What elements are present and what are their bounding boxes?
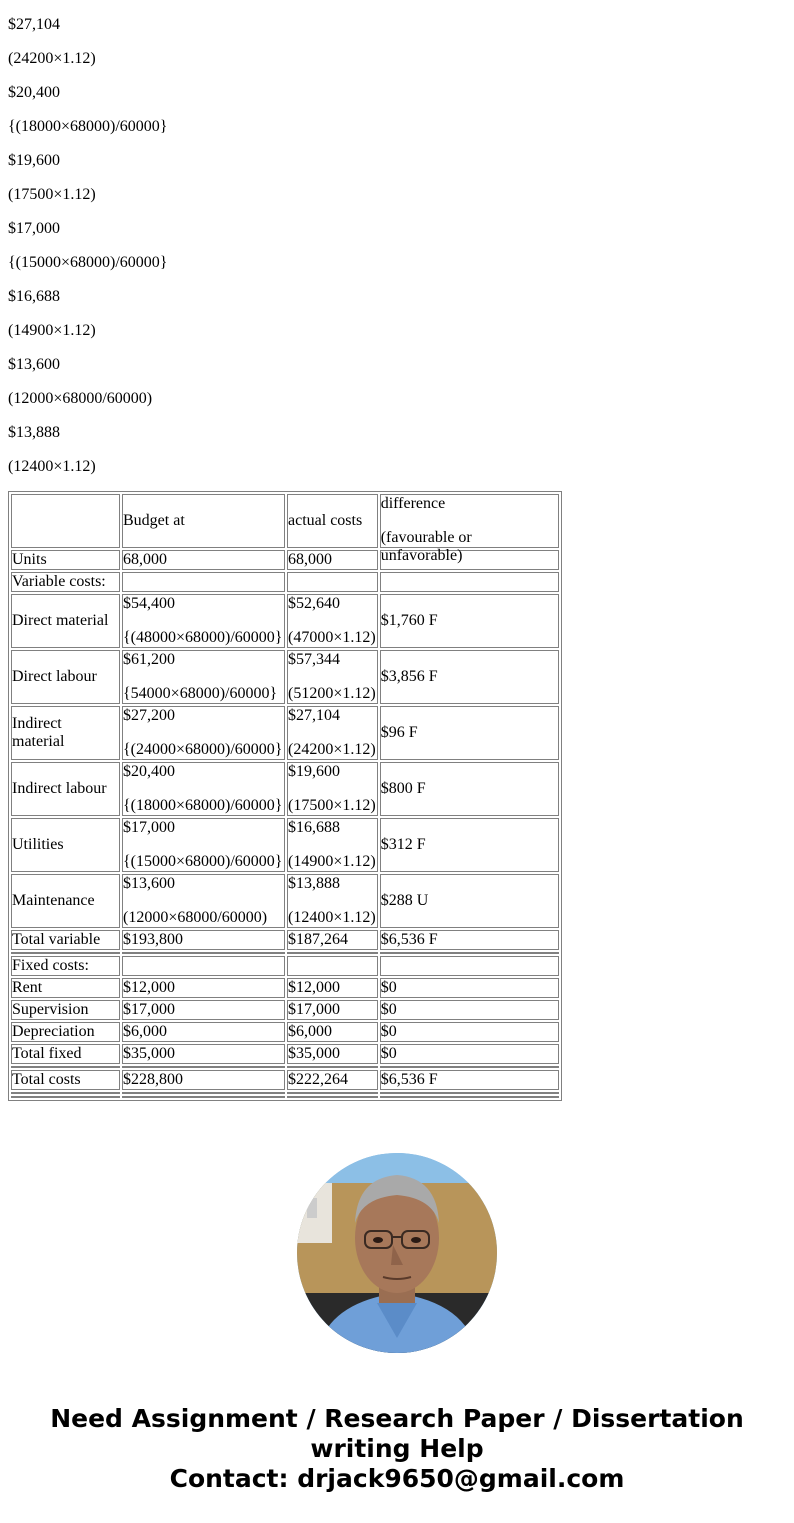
actual-cell: $6,000 <box>287 1022 378 1042</box>
footer-line-1: Need Assignment / Research Paper / Disse… <box>0 1404 794 1434</box>
difference-cell: $6,536 F <box>380 930 559 950</box>
calculation-line: $13,600 <box>8 356 788 374</box>
actual-cell: $35,000 <box>287 1044 378 1064</box>
table-spacer-row <box>11 952 559 954</box>
difference-cell: $0 <box>380 1022 559 1042</box>
promo-footer: Need Assignment / Research Paper / Disse… <box>0 1404 794 1494</box>
difference-cell: $0 <box>380 1000 559 1020</box>
spacer-cell <box>380 1092 559 1094</box>
actual-cell: $19,600(17500×1.12) <box>287 762 378 816</box>
row-label: Direct labour <box>11 650 120 704</box>
budget-cell: $6,000 <box>122 1022 285 1042</box>
difference-cell: $6,536 F <box>380 1070 559 1090</box>
actual-cell: 68,000 <box>287 550 378 570</box>
spacer-cell <box>11 1066 120 1068</box>
calculation-line: (14900×1.12) <box>8 322 788 340</box>
calculation-line: $16,688 <box>8 288 788 306</box>
actual-cell: $57,344(51200×1.12) <box>287 650 378 704</box>
table-spacer-row <box>11 1096 559 1098</box>
budget-cell: $12,000 <box>122 978 285 998</box>
budget-cell <box>122 956 285 976</box>
difference-cell: $96 F <box>380 706 559 760</box>
budget-cell <box>122 572 285 592</box>
calculation-line: $19,600 <box>8 152 788 170</box>
actual-cell: $16,688(14900×1.12) <box>287 818 378 872</box>
document-content: {(24000×68000)/60000}$27,104(24200×1.12)… <box>8 0 788 1101</box>
row-label: Variable costs: <box>11 572 120 592</box>
actual-amount: $57,344 <box>288 651 376 669</box>
difference-cell: $800 F <box>380 762 559 816</box>
flexible-budget-table: Budget at actual costs difference (favou… <box>8 491 562 1101</box>
table-row: Depreciation$6,000$6,000$0 <box>11 1022 559 1042</box>
budget-formula: {(15000×68000)/60000} <box>123 853 283 871</box>
header-difference-title: difference <box>381 495 557 513</box>
budget-cell: $54,400{(48000×68000)/60000} <box>122 594 285 648</box>
actual-cell <box>287 956 378 976</box>
difference-cell: $312 F <box>380 818 559 872</box>
spacer-cell <box>287 1092 378 1094</box>
table-row: Units68,00068,000 <box>11 550 559 570</box>
budget-cell: $61,200{54000×68000)/60000} <box>122 650 285 704</box>
spacer-cell <box>380 1096 559 1098</box>
budget-amount: $17,000 <box>123 819 283 837</box>
budget-formula: (12000×68000/60000) <box>123 909 283 927</box>
actual-cell: $27,104(24200×1.12) <box>287 706 378 760</box>
calculation-line: (12400×1.12) <box>8 458 788 476</box>
table-row: Total costs$228,800$222,264$6,536 F <box>11 1070 559 1090</box>
row-label: Units <box>11 550 120 570</box>
calculation-line: (24200×1.12) <box>8 50 788 68</box>
spacer-cell <box>287 1066 378 1068</box>
actual-formula: (12400×1.12) <box>288 909 376 927</box>
actual-formula: (14900×1.12) <box>288 853 376 871</box>
calculation-line: {(15000×68000)/60000} <box>8 254 788 272</box>
spacer-cell <box>287 1096 378 1098</box>
spacer-cell <box>122 952 285 954</box>
header-budget: Budget at <box>122 494 285 548</box>
actual-formula: (17500×1.12) <box>288 797 376 815</box>
calculation-line: (17500×1.12) <box>8 186 788 204</box>
row-label: Indirect material <box>11 706 120 760</box>
row-label: Direct material <box>11 594 120 648</box>
calculation-line: {(18000×68000)/60000} <box>8 118 788 136</box>
actual-amount: $19,600 <box>288 763 376 781</box>
actual-amount: $27,104 <box>288 707 376 725</box>
table-row: Indirect material$27,200{(24000×68000)/6… <box>11 706 559 760</box>
row-label: Maintenance <box>11 874 120 928</box>
actual-formula: (51200×1.12) <box>288 685 376 703</box>
footer-line-2: writing Help <box>0 1434 794 1464</box>
spacer-cell <box>11 952 120 954</box>
row-label: Total costs <box>11 1070 120 1090</box>
header-actual: actual costs <box>287 494 378 548</box>
actual-amount: $16,688 <box>288 819 376 837</box>
actual-amount: $52,640 <box>288 595 376 613</box>
spacer-cell <box>122 1066 285 1068</box>
table-row: Utilities$17,000{(15000×68000)/60000}$16… <box>11 818 559 872</box>
actual-formula: (24200×1.12) <box>288 741 376 759</box>
budget-cell: $27,200{(24000×68000)/60000} <box>122 706 285 760</box>
actual-amount: $13,888 <box>288 875 376 893</box>
table-row: Direct labour$61,200{54000×68000)/60000}… <box>11 650 559 704</box>
spacer-cell <box>122 1092 285 1094</box>
difference-cell: $0 <box>380 978 559 998</box>
row-label: Supervision <box>11 1000 120 1020</box>
budget-formula: {(24000×68000)/60000} <box>123 741 283 759</box>
table-row: Supervision$17,000$17,000$0 <box>11 1000 559 1020</box>
person-photo-avatar-icon <box>297 1153 497 1353</box>
budget-cell: $17,000{(15000×68000)/60000} <box>122 818 285 872</box>
table-row: Rent$12,000$12,000$0 <box>11 978 559 998</box>
difference-cell <box>380 572 559 592</box>
budget-amount: $13,600 <box>123 875 283 893</box>
calculation-lines: {(24000×68000)/60000}$27,104(24200×1.12)… <box>8 0 788 476</box>
budget-amount: $27,200 <box>123 707 283 725</box>
spacer-cell <box>11 1096 120 1098</box>
actual-formula: (47000×1.12) <box>288 629 376 647</box>
actual-cell: $52,640(47000×1.12) <box>287 594 378 648</box>
budget-cell: $20,400{(18000×68000)/60000} <box>122 762 285 816</box>
header-difference: difference (favourable or unfavorable) <box>380 494 559 548</box>
footer-contact[interactable]: Contact: drjack9650@gmail.com <box>0 1464 794 1494</box>
difference-cell: $1,760 F <box>380 594 559 648</box>
table-row: Fixed costs: <box>11 956 559 976</box>
actual-cell: $222,264 <box>287 1070 378 1090</box>
header-difference-subtitle: (favourable or unfavorable) <box>381 529 557 547</box>
budget-amount: $61,200 <box>123 651 283 669</box>
spacer-cell <box>380 952 559 954</box>
row-label: Total variable <box>11 930 120 950</box>
actual-cell <box>287 572 378 592</box>
table-spacer-row <box>11 1092 559 1094</box>
budget-formula: {54000×68000)/60000} <box>123 685 283 703</box>
table-row: Total fixed$35,000$35,000$0 <box>11 1044 559 1064</box>
calculation-line: $13,888 <box>8 424 788 442</box>
difference-cell <box>380 956 559 976</box>
table-row: Variable costs: <box>11 572 559 592</box>
difference-cell: $3,856 F <box>380 650 559 704</box>
table-header-row: Budget at actual costs difference (favou… <box>11 494 559 548</box>
budget-cell: $13,600(12000×68000/60000) <box>122 874 285 928</box>
spacer-cell <box>11 1092 120 1094</box>
header-item <box>11 494 120 548</box>
calculation-line: $20,400 <box>8 84 788 102</box>
budget-amount: $54,400 <box>123 595 283 613</box>
row-label: Total fixed <box>11 1044 120 1064</box>
budget-amount: $20,400 <box>123 763 283 781</box>
calculation-line: $27,104 <box>8 16 788 34</box>
actual-cell: $12,000 <box>287 978 378 998</box>
actual-cell: $187,264 <box>287 930 378 950</box>
budget-cell: $193,800 <box>122 930 285 950</box>
difference-cell: $0 <box>380 1044 559 1064</box>
budget-cell: $228,800 <box>122 1070 285 1090</box>
spacer-cell <box>380 1066 559 1068</box>
budget-cell: $35,000 <box>122 1044 285 1064</box>
author-avatar <box>297 1153 497 1353</box>
spacer-cell <box>122 1096 285 1098</box>
table-row: Indirect labour$20,400{(18000×68000)/600… <box>11 762 559 816</box>
budget-cell: $17,000 <box>122 1000 285 1020</box>
row-label: Indirect labour <box>11 762 120 816</box>
row-label: Rent <box>11 978 120 998</box>
table-row: Maintenance$13,600(12000×68000/60000)$13… <box>11 874 559 928</box>
calculation-line: (12000×68000/60000) <box>8 390 788 408</box>
budget-formula: {(48000×68000)/60000} <box>123 629 283 647</box>
table-row: Total variable$193,800$187,264$6,536 F <box>11 930 559 950</box>
spacer-cell <box>287 952 378 954</box>
table-spacer-row <box>11 1066 559 1068</box>
row-label: Utilities <box>11 818 120 872</box>
budget-cell: 68,000 <box>122 550 285 570</box>
table-row: Direct material$54,400{(48000×68000)/600… <box>11 594 559 648</box>
budget-formula: {(18000×68000)/60000} <box>123 797 283 815</box>
difference-cell: $288 U <box>380 874 559 928</box>
row-label: Depreciation <box>11 1022 120 1042</box>
calculation-line: $17,000 <box>8 220 788 238</box>
actual-cell: $13,888(12400×1.12) <box>287 874 378 928</box>
row-label: Fixed costs: <box>11 956 120 976</box>
actual-cell: $17,000 <box>287 1000 378 1020</box>
